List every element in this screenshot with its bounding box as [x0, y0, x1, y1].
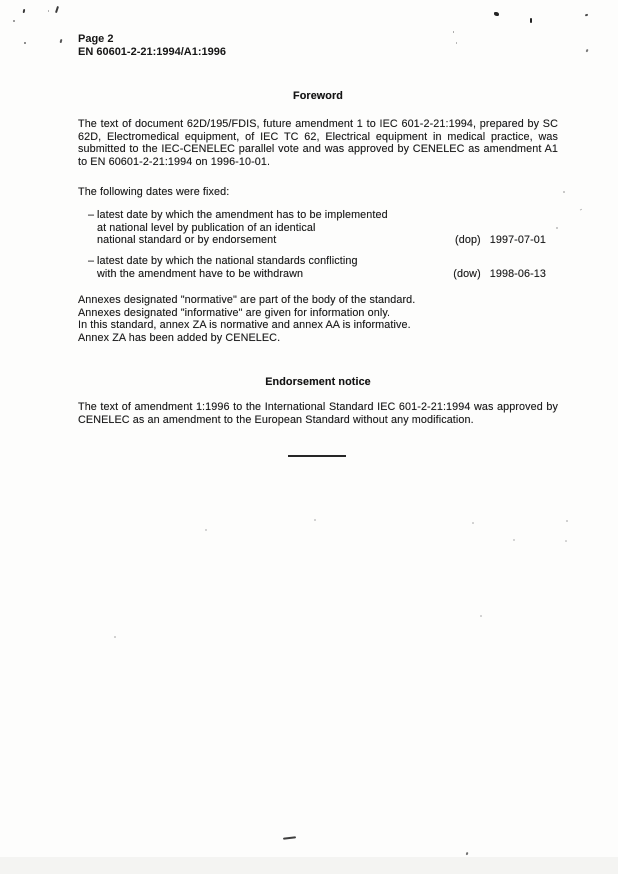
scan-speck: [585, 14, 589, 17]
scan-speck: [556, 227, 558, 229]
date-string: 1998-06-13: [490, 268, 546, 280]
date-item-line: at national level by publication of an i…: [97, 222, 388, 235]
date-label: (dow): [453, 268, 481, 280]
closing-rule: [288, 455, 346, 457]
scan-speck: [23, 9, 25, 13]
scan-speck: [60, 39, 62, 43]
date-item-dop: – latest date by which the amendment has…: [88, 209, 546, 247]
foreword-title: Foreword: [78, 90, 558, 103]
date-item-dow: – latest date by which the national stan…: [88, 255, 546, 280]
list-dash: –: [88, 255, 97, 280]
date-item-line: latest date by which the national standa…: [97, 255, 358, 268]
standard-reference: EN 60601-2-21:1994/A1:1996: [78, 46, 558, 59]
date-value-dop: (dop)1997-07-01: [455, 234, 546, 247]
scan-speck: [566, 520, 568, 522]
scan-speck: [283, 836, 296, 839]
scan-bottom-band: [0, 857, 618, 874]
list-dash: –: [88, 209, 97, 247]
date-item-text: latest date by which the national standa…: [97, 255, 358, 280]
scan-speck: [24, 42, 26, 44]
scan-speck: [465, 852, 468, 856]
annex-line: Annex ZA has been added by CENELEC.: [78, 332, 558, 345]
scan-speck: [580, 209, 583, 211]
scan-speck: [494, 12, 499, 16]
document-page: Page 2 EN 60601-2-21:1994/A1:1996 Forewo…: [0, 0, 618, 874]
scan-speck: [55, 6, 59, 13]
scan-speck: [314, 519, 316, 521]
scan-speck: [563, 191, 565, 193]
date-item-line: with the amendment have to be withdrawn: [97, 268, 358, 281]
annex-line: Annexes designated "informative" are giv…: [78, 307, 558, 320]
date-string: 1997-07-01: [490, 234, 546, 246]
endorsement-title: Endorsement notice: [78, 376, 558, 389]
date-item-text: latest date by which the amendment has t…: [97, 209, 388, 247]
dates-intro: The following dates were fixed:: [78, 186, 558, 199]
scan-speck: [114, 636, 116, 638]
scan-speck: [205, 529, 207, 531]
date-item-line: national standard or by endorsement: [97, 234, 388, 247]
scan-speck: [48, 10, 49, 12]
foreword-paragraph: The text of document 62D/195/FDIS, futur…: [78, 118, 558, 168]
page-header: Page 2 EN 60601-2-21:1994/A1:1996: [78, 33, 558, 59]
page-number: Page 2: [78, 33, 558, 46]
scan-speck: [472, 522, 474, 524]
annex-line: Annexes designated "normative" are part …: [78, 294, 558, 307]
scan-speck: [565, 540, 567, 542]
date-item-line: latest date by which the amendment has t…: [97, 209, 388, 222]
annex-line: In this standard, annex ZA is normative …: [78, 319, 558, 332]
annex-statements: Annexes designated "normative" are part …: [78, 294, 558, 344]
endorsement-paragraph: The text of amendment 1:1996 to the Inte…: [78, 401, 558, 426]
scan-speck: [480, 615, 482, 617]
scan-speck: [513, 539, 515, 541]
date-value-dow: (dow)1998-06-13: [453, 268, 546, 281]
scan-speck: [530, 18, 532, 23]
scan-speck: [585, 49, 588, 53]
scan-speck: [13, 20, 15, 22]
date-label: (dop): [455, 234, 481, 246]
